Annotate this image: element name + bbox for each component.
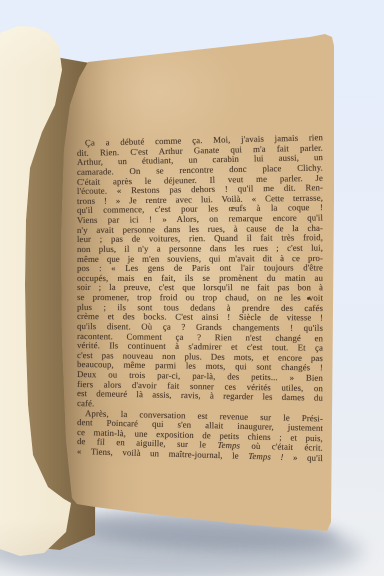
page-text: Ça a débuté comme ça. Moi, j'avais jamai…	[77, 139, 323, 457]
book-photo: Ça a débuté comme ça. Moi, j'avais jamai…	[0, 0, 384, 576]
ink-speck	[307, 297, 310, 300]
